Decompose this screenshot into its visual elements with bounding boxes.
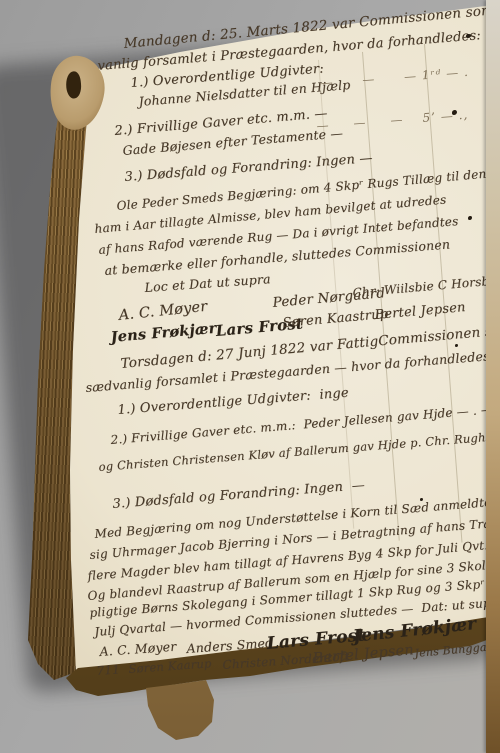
ink-speck xyxy=(466,34,471,38)
right-page-block-edge xyxy=(486,0,500,753)
ink-speck xyxy=(452,110,457,115)
ink-speck xyxy=(420,498,423,501)
photo-of-protocol-book: Mandagen d: 25. Marts 1822 var Commissio… xyxy=(0,0,500,753)
ink-speck xyxy=(455,344,458,347)
ink-specks xyxy=(0,0,500,753)
ink-speck xyxy=(468,216,472,220)
